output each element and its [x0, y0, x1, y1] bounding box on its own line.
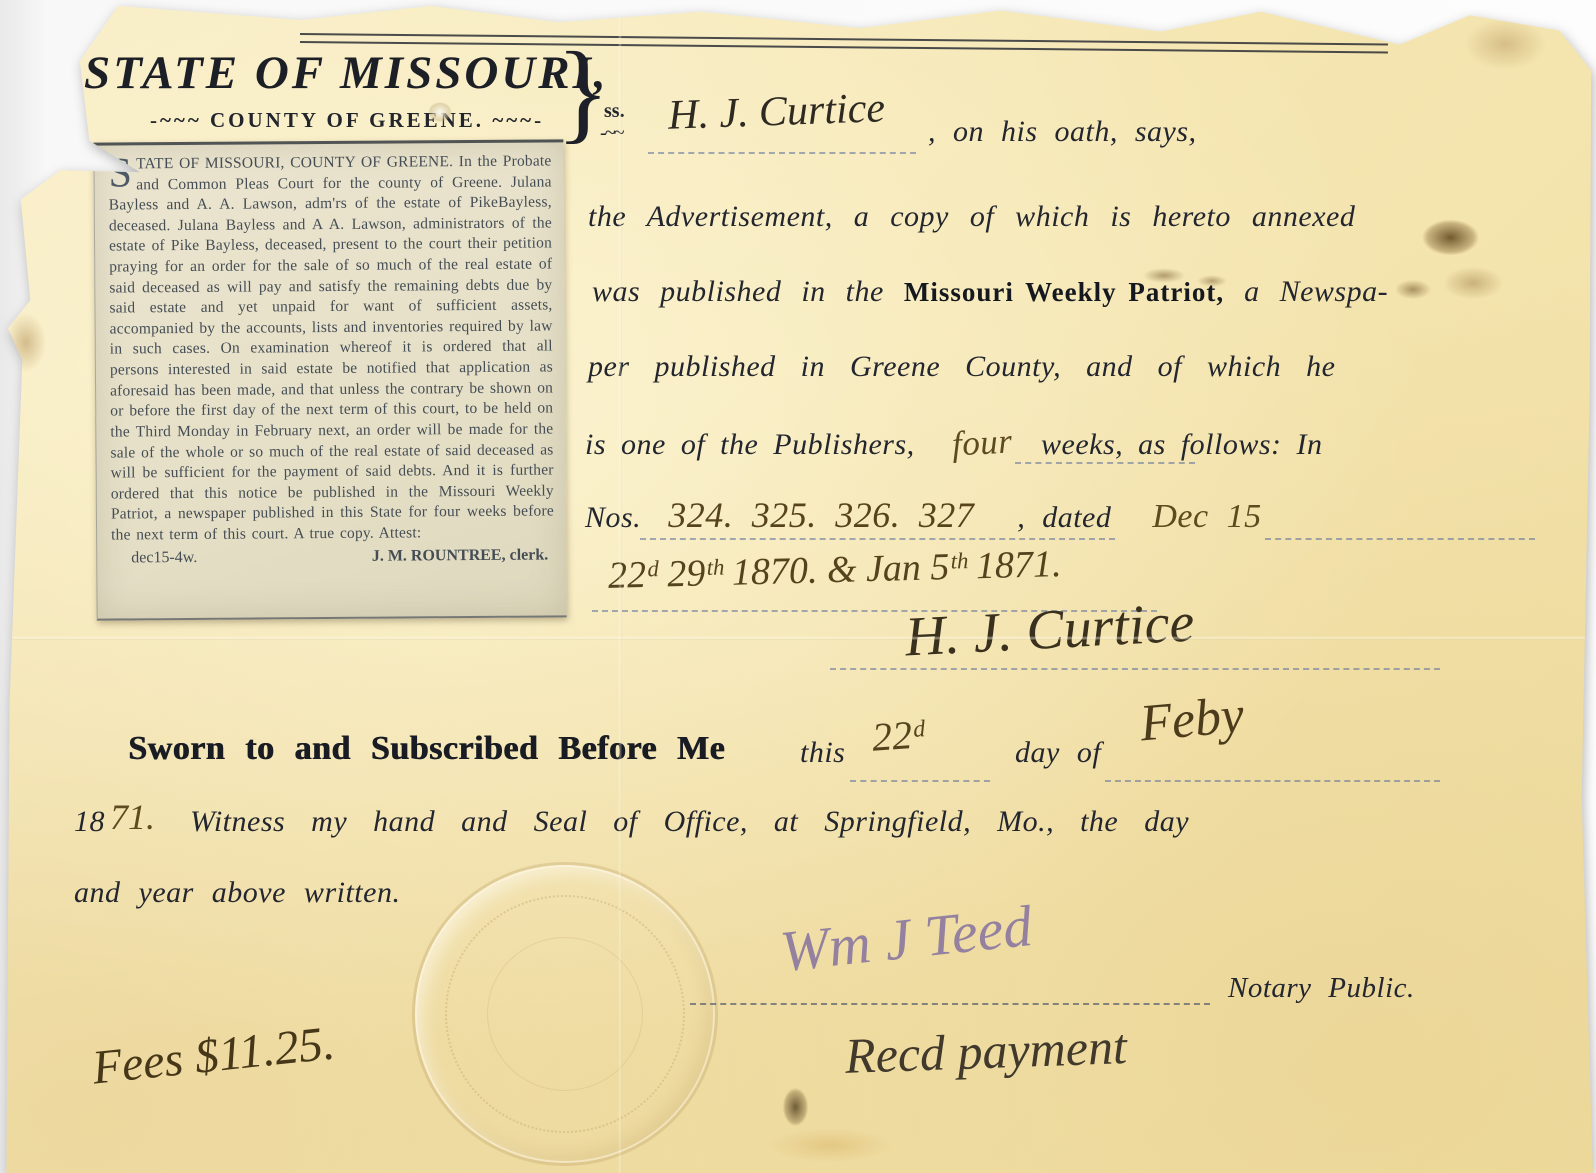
page-title: STATE OF MISSOURI,	[84, 46, 609, 100]
affiant-name-rule	[648, 152, 916, 154]
date-filled: Dec 15	[1152, 498, 1261, 535]
clipping-body-text: TATE OF MISSOURI, COUNTY OF GREENE. In t…	[109, 152, 554, 543]
dates-filled-line: 22ᵈ 29ᵗʰ 1870. & Jan 5ᵗʰ 1871.	[608, 542, 1063, 598]
scanned-document: STATE OF MISSOURI, -~~~ COUNTY OF GREENE…	[0, 0, 1596, 1173]
line6-pre: Nos.	[585, 501, 641, 534]
notary-signature-rule	[690, 1003, 1210, 1005]
dark-spot-bottom-center	[768, 1072, 823, 1142]
clipping-date-code: dec15-4w.	[131, 549, 197, 567]
issues-rule	[640, 538, 1115, 540]
bottom-center-blotch	[740, 1115, 920, 1170]
line3-post: a Newspa-	[1244, 275, 1388, 308]
squiggle-right-ornament: ~~~-	[492, 108, 544, 132]
notary-signature: Wm J Teed	[777, 892, 1035, 985]
county-label: COUNTY OF GREENE.	[210, 108, 484, 132]
clipping-clerk-attest: J. M. ROUNTREE, clerk.	[372, 546, 549, 565]
affidavit-line6: Nos. 324. 325. 326. 327 , dated Dec 15	[585, 494, 1262, 536]
paper-sheet: STATE OF MISSOURI, -~~~ COUNTY OF GREENE…	[0, 0, 1596, 1173]
fees-note: Fees $11.25.	[90, 1015, 337, 1095]
sworn-day-filled: 22ᵈ	[870, 710, 926, 761]
received-payment-note: Recd payment	[844, 1017, 1128, 1085]
sworn-month-rule	[1105, 780, 1440, 782]
newspaper-name: Missouri Weekly Patriot,	[904, 277, 1224, 307]
clipping-text: STATE OF MISSOURI, COUNTY OF GREENE. In …	[108, 151, 554, 546]
sworn-lead-text: Sworn to and Subscribed Before Me	[128, 730, 725, 768]
squiggle-left-ornament: -~~~	[150, 108, 202, 132]
ink-stain-right	[1368, 192, 1518, 322]
county-subtitle: -~~~ COUNTY OF GREENE. ~~~-	[150, 108, 544, 133]
top-dash-mark	[745, 6, 825, 9]
newspaper-clipping: STATE OF MISSOURI, COUNTY OF GREENE. In …	[93, 139, 566, 620]
horizontal-fold-crease	[0, 636, 1596, 640]
clipping-drop-cap: S	[108, 154, 136, 192]
notary-public-label: Notary Public.	[1228, 972, 1415, 1005]
affiant-signature: H. J. Curtice	[904, 590, 1196, 669]
affidavit-line5: is one of the Publishers, four weeks, as…	[585, 423, 1323, 463]
line6-mid: , dated	[1017, 501, 1111, 534]
weeks-filled: four	[951, 421, 1013, 464]
affidavit-line2: the Advertisement, a copy of which is he…	[588, 200, 1355, 234]
day-of-label: day of	[1015, 736, 1101, 770]
line5-pre: is one of the Publishers,	[585, 428, 915, 461]
vertical-fold-crease	[618, 0, 622, 1173]
left-edge-stain	[2, 295, 62, 390]
oath-printed-text: , on his oath, says,	[928, 115, 1197, 149]
weeks-rule	[1015, 462, 1195, 464]
embossed-notary-seal-icon	[412, 862, 718, 1166]
affiant-name-filled: H. J. Curtice	[667, 84, 885, 140]
sworn-month-filled: Feby	[1138, 686, 1247, 754]
issue-numbers-filled: 324. 325. 326. 327	[668, 495, 974, 535]
affidavit-line4: per published in Greene County, and of w…	[588, 350, 1335, 384]
sworn-day-rule	[850, 780, 990, 782]
witness-line2: and year above written.	[74, 876, 400, 910]
affidavit-line3: was published in the Missouri Weekly Pat…	[592, 275, 1388, 309]
year-printed: 18	[74, 805, 105, 839]
year-filled: 71.	[110, 796, 155, 838]
line3-pre: was published in the	[592, 275, 884, 308]
witness-line1: Witness my hand and Seal of Office, at S…	[190, 805, 1189, 839]
signature-rule	[830, 668, 1440, 670]
corner-stain-top-right	[1440, 8, 1570, 98]
this-label: this	[800, 736, 845, 770]
line5-post: weeks, as follows: In	[1041, 428, 1322, 461]
date-rule	[1265, 538, 1535, 540]
